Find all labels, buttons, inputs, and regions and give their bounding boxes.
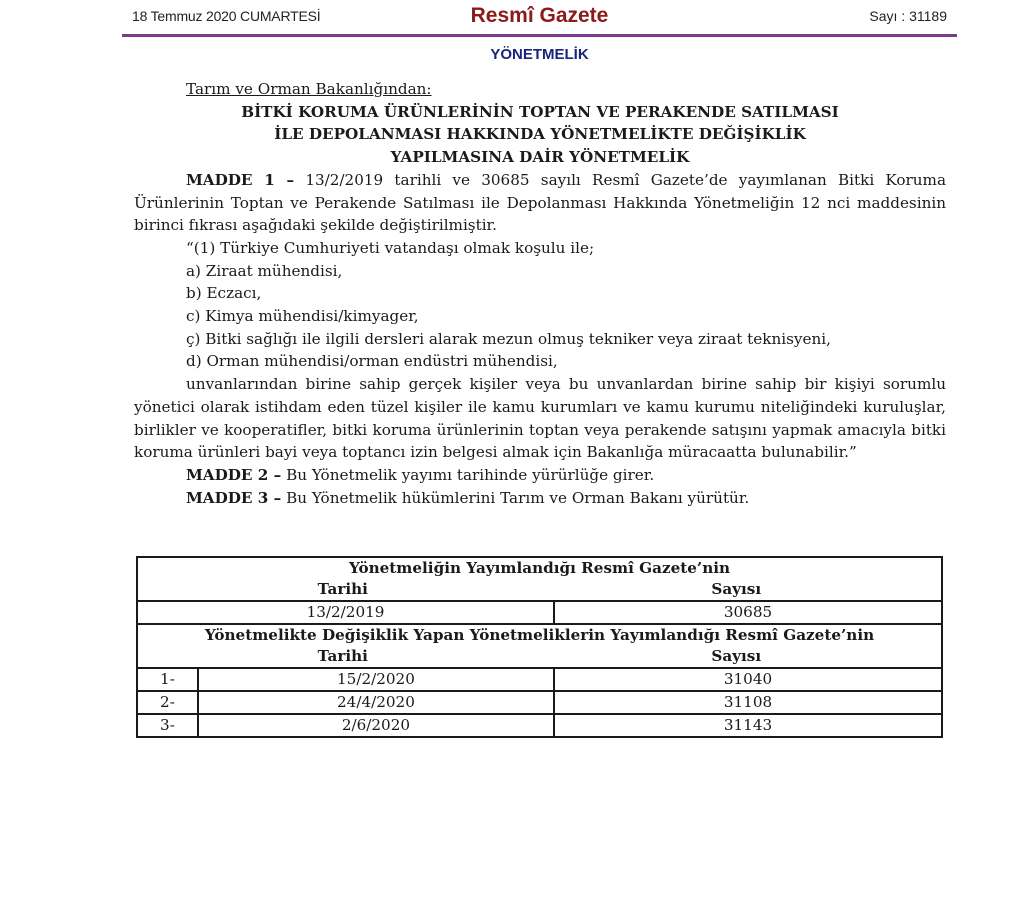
original-number: 30685 (554, 601, 942, 624)
quote-intro: “(1) Türkiye Cumhuriyeti vatandaşı olmak… (134, 237, 946, 260)
row-index: 2- (137, 691, 198, 714)
row-number: 31040 (554, 668, 942, 691)
regulation-title-line: İLE DEPOLANMASI HAKKINDA YÖNETMELİKTE DE… (134, 123, 946, 146)
amend-heading: Yönetmelikte Değişiklik Yapan Yönetmelik… (138, 625, 941, 646)
list-item: ç) Bitki sağlığı ile ilgili dersleri ala… (134, 328, 946, 351)
col-number-label: Sayısı (540, 646, 933, 667)
article-1-closing: unvanlarından birine sahip gerçek kişile… (134, 373, 946, 464)
article-3: MADDE 3 – Bu Yönetmelik hükümlerini Tarı… (134, 487, 946, 510)
article-2-label: MADDE 2 – (186, 466, 281, 484)
row-index: 1- (137, 668, 198, 691)
list-item: c) Kimya mühendisi/kimyager, (134, 305, 946, 328)
article-3-text: Bu Yönetmelik hükümlerini Tarım ve Orman… (281, 489, 749, 507)
section-heading: YÖNETMELİK (122, 46, 957, 63)
article-3-label: MADDE 3 – (186, 489, 281, 507)
article-2: MADDE 2 – Bu Yönetmelik yayımı tarihinde… (134, 464, 946, 487)
list-item: a) Ziraat mühendisi, (134, 260, 946, 283)
amend-heading-cell: Yönetmelikte Değişiklik Yapan Yönetmelik… (137, 624, 942, 668)
regulation-body: Tarım ve Orman Bakanlığından: BİTKİ KORU… (134, 78, 946, 509)
table-header-row: Yönetmeliğin Yayımlandığı Resmî Gazete’n… (137, 557, 942, 601)
issuing-ministry: Tarım ve Orman Bakanlığından: (134, 78, 946, 101)
gazette-title: Resmî Gazete (122, 4, 957, 28)
col-date-label: Tarihi (146, 579, 539, 600)
table-row: 2- 24/4/2020 31108 (137, 691, 942, 714)
original-heading: Yönetmeliğin Yayımlandığı Resmî Gazete’n… (138, 558, 941, 579)
table-row: 3- 2/6/2020 31143 (137, 714, 942, 737)
row-date: 24/4/2020 (198, 691, 554, 714)
row-date: 15/2/2020 (198, 668, 554, 691)
list-item: b) Eczacı, (134, 282, 946, 305)
article-1-label: MADDE 1 – (186, 171, 294, 189)
table-row: 13/2/2019 30685 (137, 601, 942, 624)
row-date: 2/6/2020 (198, 714, 554, 737)
regulation-title-line: YAPILMASINA DAİR YÖNETMELİK (134, 146, 946, 169)
regulation-title-line: BİTKİ KORUMA ÜRÜNLERİNİN TOPTAN VE PERAK… (134, 101, 946, 124)
col-number-label: Sayısı (540, 579, 933, 600)
row-number: 31108 (554, 691, 942, 714)
article-1: MADDE 1 – 13/2/2019 tarihli ve 30685 say… (134, 169, 946, 237)
original-date: 13/2/2019 (137, 601, 554, 624)
issue-number: Sayı : 31189 (869, 8, 947, 24)
row-index: 3- (137, 714, 198, 737)
original-heading-cell: Yönetmeliğin Yayımlandığı Resmî Gazete’n… (137, 557, 942, 601)
list-item: d) Orman mühendisi/orman endüstri mühend… (134, 350, 946, 373)
article-2-text: Bu Yönetmelik yayımı tarihinde yürürlüğe… (281, 466, 654, 484)
col-date-label: Tarihi (146, 646, 539, 667)
table-row: 1- 15/2/2020 31040 (137, 668, 942, 691)
publication-history-table: Yönetmeliğin Yayımlandığı Resmî Gazete’n… (136, 556, 943, 738)
table-header-row: Yönetmelikte Değişiklik Yapan Yönetmelik… (137, 624, 942, 668)
gazette-header: 18 Temmuz 2020 CUMARTESİ Resmî Gazete Sa… (122, 0, 957, 37)
row-number: 31143 (554, 714, 942, 737)
